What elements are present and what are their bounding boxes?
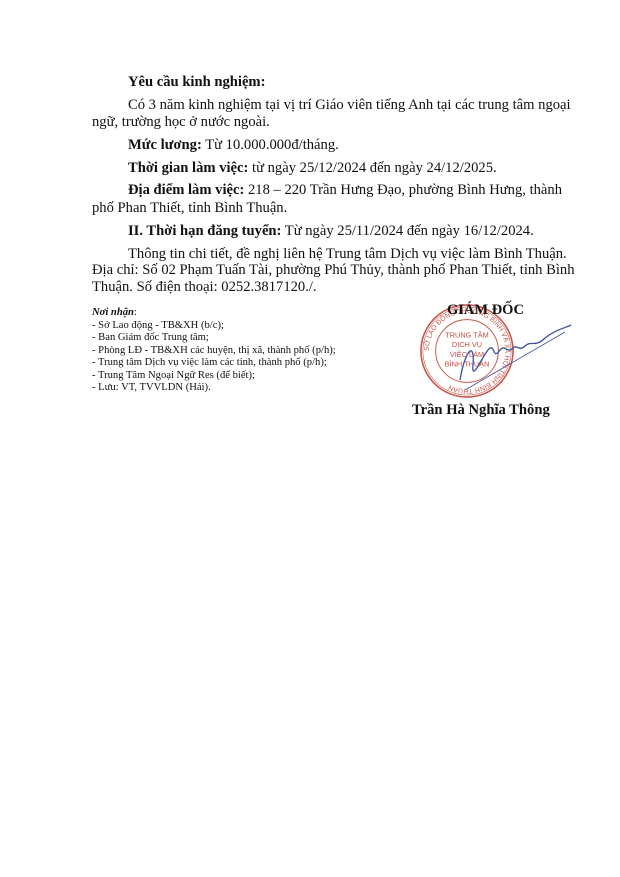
recipient-item: - Trung tâm Dịch vụ việc làm các tỉnh, t… bbox=[92, 357, 327, 369]
recipients-heading: Nơi nhận: bbox=[92, 307, 137, 319]
experience-line-2: ngữ, trường học ở nước ngoài. bbox=[92, 114, 270, 131]
recipient-item: - Ban Giám đốc Trung tâm; bbox=[92, 332, 209, 344]
experience-line-1: Có 3 năm kinh nghiệm tại vị trí Giáo viê… bbox=[128, 97, 562, 114]
deadline: II. Thời hạn đăng tuyển: Từ ngày 25/11/2… bbox=[128, 223, 534, 240]
location-line-1: Địa điểm làm việc: 218 – 220 Trần Hưng Đ… bbox=[128, 182, 562, 199]
recipient-item: - Phòng LĐ - TB&XH các huyện, thị xã, th… bbox=[92, 345, 336, 357]
recipient-item: - Trung Tâm Ngoại Ngữ Res (để biết); bbox=[92, 370, 255, 382]
experience-heading: Yêu cầu kinh nghiệm: bbox=[128, 74, 265, 91]
location-label: Địa điểm làm việc: bbox=[128, 182, 244, 198]
contact-line-2: Địa chỉ: Số 02 Phạm Tuấn Tài, phường Phú… bbox=[92, 262, 562, 279]
signer-name: Trần Hà Nghĩa Thông bbox=[412, 402, 550, 419]
deadline-value: Từ ngày 25/11/2024 đến ngày 16/12/2024. bbox=[281, 223, 533, 239]
signature-icon bbox=[455, 320, 575, 400]
contact-line-3: Thuận. Số điện thoại: 0252.3817120./. bbox=[92, 279, 317, 296]
work-time-value: từ ngày 25/12/2024 đến ngày 24/12/2025. bbox=[248, 160, 496, 176]
location-line-2: phố Phan Thiết, tỉnh Bình Thuận. bbox=[92, 200, 287, 217]
work-time-label: Thời gian làm việc: bbox=[128, 160, 248, 176]
work-time: Thời gian làm việc: từ ngày 25/12/2024 đ… bbox=[128, 160, 497, 177]
recipient-item: - Lưu: VT, TVVLDN (Hải). bbox=[92, 382, 211, 394]
salary: Mức lương: Từ 10.000.000đ/tháng. bbox=[128, 137, 339, 154]
recipient-item: - Sở Lao động - TB&XH (b/c); bbox=[92, 320, 224, 332]
salary-label: Mức lương: bbox=[128, 137, 202, 153]
signature-title: GIÁM ĐỐC bbox=[447, 302, 524, 319]
deadline-label: II. Thời hạn đăng tuyển: bbox=[128, 223, 281, 239]
contact-line-1: Thông tin chi tiết, đề nghị liên hệ Trun… bbox=[128, 246, 562, 263]
salary-value: Từ 10.000.000đ/tháng. bbox=[202, 137, 339, 153]
